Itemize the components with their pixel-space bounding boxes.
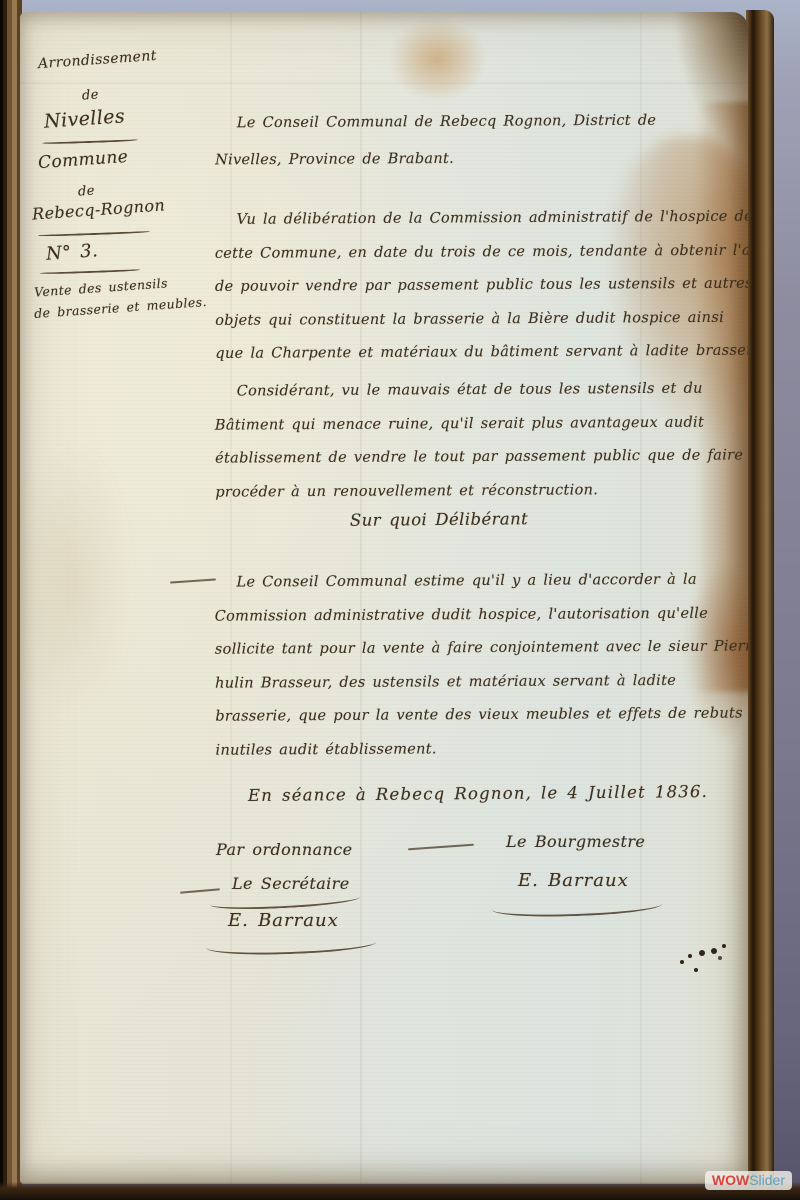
signature-left-name: E. Barraux <box>228 910 339 931</box>
margin-underline <box>38 230 150 237</box>
dateline: En séance à Rebecq Rognon, le 4 Juillet … <box>248 782 708 805</box>
manuscript-line: Vu la délibération de la Commission admi… <box>214 200 748 237</box>
margin-subject-line: de brasserie et meubles. <box>34 294 208 321</box>
manuscript-line: Commission administrative dudit hospice,… <box>215 597 748 634</box>
manuscript-line: inutiles audit établissement. <box>215 731 748 768</box>
manuscript-page: Arrondissement de Nivelles Commune de Re… <box>20 12 748 1184</box>
margin-underline <box>42 138 138 144</box>
fold-crease <box>20 82 748 84</box>
wowslider-watermark[interactable]: WOWSlider <box>705 1171 792 1190</box>
manuscript-line: de pouvoir vendre par passement public t… <box>215 267 748 304</box>
signature-left-secretary-title: Le Secrétaire <box>232 874 350 893</box>
watermark-wow-text: WOW <box>712 1172 749 1188</box>
margin-commune: Commune <box>37 147 128 173</box>
margin-district-name: Arrondissement <box>38 48 158 72</box>
book-bottom-edge <box>0 1182 800 1200</box>
photographed-manuscript: Arrondissement de Nivelles Commune de Re… <box>0 0 800 1200</box>
manuscript-line: sollicite tant pour la vente à faire con… <box>215 630 748 667</box>
page-corner-shadow <box>670 12 748 156</box>
ink-stain <box>390 18 485 100</box>
water-stain <box>20 442 130 722</box>
opening-paragraph: Le Conseil Communal de Rebecq Rognon, Di… <box>215 103 657 180</box>
recital-paragraph: Vu la délibération de la Commission admi… <box>214 200 748 371</box>
book-fore-edge <box>746 10 774 1192</box>
flourish-dash <box>180 888 220 893</box>
signature-right-mayor-title: Le Bourgmestre <box>506 832 645 851</box>
manuscript-line: Le Conseil Communal estime qu'il y a lie… <box>214 563 748 600</box>
signature-flourish <box>210 890 361 912</box>
manuscript-line: que la Charpente et matériaux du bâtimen… <box>215 334 748 371</box>
margin-commune-name: Rebecq-Rognon <box>31 195 165 223</box>
manuscript-line: Le Conseil Communal de Rebecq Rognon, Di… <box>215 103 657 143</box>
margin-district-de: de <box>81 87 99 103</box>
signature-flourish <box>492 895 663 919</box>
watermark-slider-text: Slider <box>749 1172 785 1188</box>
manuscript-line: Nivelles, Province de Brabant. <box>215 140 657 180</box>
margin-commune-de: de <box>77 183 95 199</box>
margin-subject-line: Vente des ustensils <box>34 275 169 299</box>
signature-right-name: E. Barraux <box>518 870 629 891</box>
considering-paragraph: Considérant, vu le mauvais état de tous … <box>215 372 744 509</box>
manuscript-line: objets qui constituent la brasserie à la… <box>215 301 748 338</box>
flourish-dash <box>170 578 216 583</box>
margin-district-nivelles: Nivelles <box>43 105 125 133</box>
manuscript-line: brasserie, que pour la vente des vieux m… <box>215 697 748 734</box>
flourish-dash <box>408 844 474 851</box>
manuscript-line: Considérant, vu le mauvais état de tous … <box>215 372 743 409</box>
manuscript-line: cette Commune, en date du trois de ce mo… <box>215 234 748 271</box>
margin-underline <box>40 268 140 274</box>
manuscript-line: hulin Brasseur, des ustensils et matéria… <box>215 664 748 701</box>
manuscript-line: procéder à un renouvellement et réconstr… <box>215 473 743 510</box>
book-binding-edge <box>0 0 22 1200</box>
signature-left-ordinance: Par ordonnance <box>216 840 352 859</box>
margin-case-number: N° 3. <box>45 240 98 265</box>
resolution-paragraph: Le Conseil Communal estime qu'il y a lie… <box>214 563 748 767</box>
deliberation-heading: Sur quoi Délibérant <box>350 509 528 530</box>
manuscript-line: établissement de vendre le tout par pass… <box>215 439 743 476</box>
manuscript-line: Bâtiment qui menace ruine, qu'il serait … <box>215 406 743 443</box>
ink-specks <box>688 954 692 958</box>
